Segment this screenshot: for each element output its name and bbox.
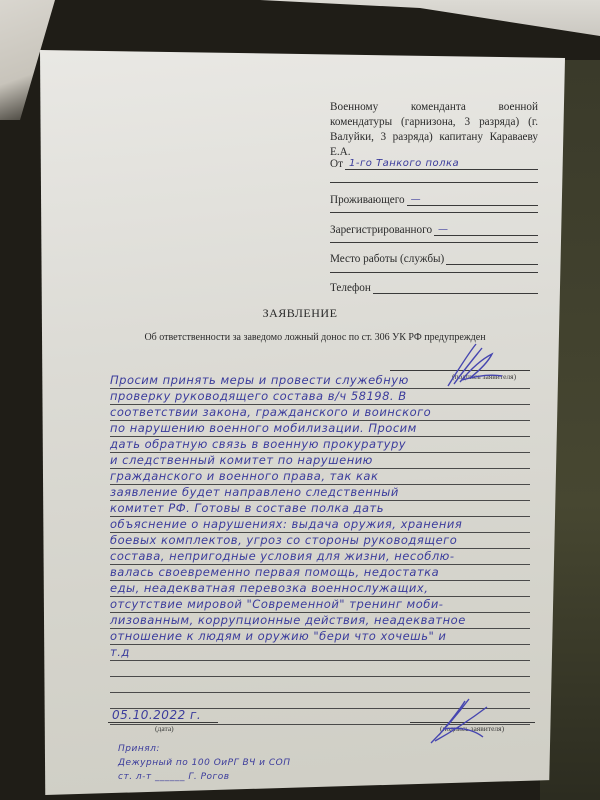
field-input[interactable]: 1-го Танкого полка	[345, 156, 538, 170]
ruled-line: по нарушению военного мобилизации. Проси…	[110, 420, 530, 437]
field-line[interactable]	[330, 272, 538, 273]
ruled-line: комитет РФ. Готовы в составе полка дать	[110, 500, 530, 517]
document-title: ЗАЯВЛЕНИЕ	[0, 306, 600, 321]
ruled-line: Просим принять меры и провести служебную	[110, 372, 530, 389]
handwritten-text: гражданского и военного права, так как	[110, 468, 378, 484]
field-value: 1-го Танкого полка	[349, 158, 459, 169]
ruled-line: гражданского и военного права, так как	[110, 468, 530, 485]
handwritten-text: проверку руководящего состава в/ч 58198.…	[110, 388, 407, 404]
ruled-line: и следственный комитет по нарушению	[110, 452, 530, 469]
ruled-line: дать обратную связь в военную прокуратур…	[110, 436, 530, 453]
ruled-line: соответствии закона, гражданского и воин…	[110, 404, 530, 421]
liability-warning: Об ответственности за заведомо ложный до…	[80, 332, 550, 343]
signature-line[interactable]	[410, 722, 535, 723]
ruled-line: лизованным, коррупционные действия, неад…	[110, 612, 530, 629]
signature-line[interactable]	[390, 370, 530, 371]
handwritten-text: дать обратную связь в военную прокуратур…	[110, 436, 406, 452]
field-input[interactable]: —	[407, 192, 538, 206]
field-label: От	[330, 158, 343, 170]
field-residence: Проживающего —	[330, 192, 538, 206]
field-value: —	[438, 224, 449, 235]
ruled-line: валась своевременно первая помощь, недос…	[110, 564, 530, 581]
handwritten-text: состава, непригодные условия для жизни, …	[110, 548, 455, 564]
ruled-line: объяснение о нарушениях: выдача оружия, …	[110, 516, 530, 533]
handwritten-text: валась своевременно первая помощь, недос…	[110, 564, 439, 580]
field-from: От 1-го Танкого полка	[330, 156, 538, 170]
field-input[interactable]	[446, 251, 538, 265]
handwritten-text: Просим принять меры и провести служебную	[110, 372, 409, 388]
statement-body: Просим принять меры и провести служебную…	[110, 372, 530, 724]
handwritten-text: лизованным, коррупционные действия, неад…	[110, 612, 466, 628]
ruled-line: боевых комплектов, угроз со стороны руко…	[110, 532, 530, 549]
ruled-line: отсутствие мировой "Современной" тренинг…	[110, 596, 530, 613]
note-line: ст. л-т ______ Г. Рогов	[118, 772, 230, 782]
field-value: —	[411, 194, 422, 205]
field-label: Зарегистрированного	[330, 224, 432, 236]
date-value: 05.10.2022 г.	[112, 708, 201, 722]
note-line: Дежурный по 100 ОиРГ ВЧ и СОП	[118, 758, 291, 768]
background-sheet	[120, 0, 600, 40]
ruled-line: еды, неадекватная перевозка военнослужащ…	[110, 580, 530, 597]
field-line[interactable]	[330, 242, 538, 243]
field-line[interactable]	[330, 182, 538, 183]
ruled-line	[110, 692, 530, 709]
handwritten-text: по нарушению военного мобилизации. Проси…	[110, 420, 417, 436]
field-label: Проживающего	[330, 194, 405, 206]
ruled-line: состава, непригодные условия для жизни, …	[110, 548, 530, 565]
handwritten-text: боевых комплектов, угроз со стороны руко…	[110, 532, 457, 548]
field-line[interactable]	[330, 212, 538, 213]
ruled-line: заявление будет направлено следственный	[110, 484, 530, 501]
handwritten-text: еды, неадекватная перевозка военнослужащ…	[110, 580, 428, 596]
handwritten-text: объяснение о нарушениях: выдача оружия, …	[110, 516, 462, 532]
handwritten-text: отношение к людям и оружию "бери что хоч…	[110, 628, 446, 644]
field-input[interactable]: —	[434, 222, 538, 236]
field-workplace: Место работы (службы)	[330, 251, 538, 265]
field-registered: Зарегистрированного —	[330, 222, 538, 236]
handwritten-text: и следственный комитет по нарушению	[110, 452, 373, 468]
addressee-block: Военному коменданта военной комендатуры …	[330, 100, 538, 160]
handwritten-text: заявление будет направлено следственный	[110, 484, 399, 500]
field-label: Место работы (службы)	[330, 253, 444, 265]
handwritten-text: т.д	[110, 644, 130, 660]
ruled-line: т.д	[110, 644, 530, 661]
handwritten-text: отсутствие мировой "Современной" тренинг…	[110, 596, 443, 612]
field-phone: Телефон	[330, 280, 538, 294]
field-input[interactable]	[373, 280, 538, 294]
ruled-line	[110, 676, 530, 693]
date-caption: (дата)	[155, 724, 174, 733]
field-label: Телефон	[330, 282, 371, 294]
date-line[interactable]	[108, 722, 218, 723]
handwritten-text: соответствии закона, гражданского и воин…	[110, 404, 431, 420]
signature-caption: (подпись заявителя)	[440, 724, 504, 733]
handwritten-text: комитет РФ. Готовы в составе полка дать	[110, 500, 384, 516]
ruled-line	[110, 660, 530, 677]
ruled-line: отношение к людям и оружию "бери что хоч…	[110, 628, 530, 645]
ruled-line: проверку руководящего состава в/ч 58198.…	[110, 388, 530, 405]
note-line: Принял:	[118, 744, 160, 754]
